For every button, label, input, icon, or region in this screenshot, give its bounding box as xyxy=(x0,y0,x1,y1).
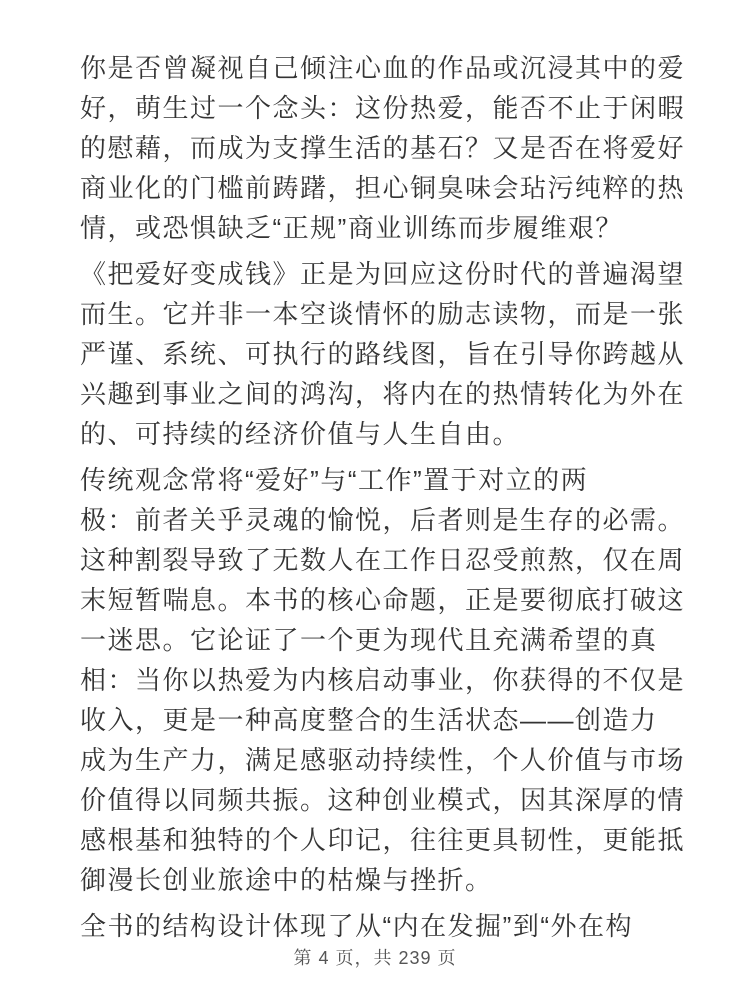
text-line: 兴趣到事业之间的鸿沟，将内在的热情转化为外在 xyxy=(80,374,692,414)
text-line: 的慰藉，而成为支撑生活的基石？又是否在将爱好 xyxy=(80,128,692,168)
text-line: 而生。它并非一本空谈情怀的励志读物，而是一张 xyxy=(80,294,692,334)
text-line: 收入，更是一种高度整合的生活状态——创造力 xyxy=(80,700,692,740)
text-line: 传统观念常将“爱好”与“工作”置于对立的两 xyxy=(80,460,692,500)
text-line: 末短暂喘息。本书的核心命题，正是要彻底打破这 xyxy=(80,580,692,620)
reader-page: 你是否曾凝视自己倾注心血的作品或沉浸其中的爱好，萌生过一个念头：这份热爱，能否不… xyxy=(0,0,750,1000)
text-line: 一迷思。它论证了一个更为现代且充满希望的真 xyxy=(80,620,692,660)
paragraph: 传统观念常将“爱好”与“工作”置于对立的两极：前者关乎灵魂的愉悦，后者则是生存的… xyxy=(80,460,692,900)
text-line: 成为生产力，满足感驱动持续性，个人价值与市场 xyxy=(80,740,692,780)
text-line: 感根基和独特的个人印记，往往更具韧性，更能抵 xyxy=(80,820,692,860)
text-line: 好，萌生过一个念头：这份热爱，能否不止于闲暇 xyxy=(80,88,692,128)
paragraph: 《把爱好变成钱》正是为回应这份时代的普遍渴望而生。它并非一本空谈情怀的励志读物，… xyxy=(80,254,692,454)
text-line: 商业化的门槛前踌躇，担心铜臭味会玷污纯粹的热 xyxy=(80,168,692,208)
text-line: 严谨、系统、可执行的路线图，旨在引导你跨越从 xyxy=(80,334,692,374)
text-line: 的、可持续的经济价值与人生自由。 xyxy=(80,414,692,454)
text-line: 相：当你以热爱为内核启动事业，你获得的不仅是 xyxy=(80,660,692,700)
text-line: 价值得以同频共振。这种创业模式，因其深厚的情 xyxy=(80,780,692,820)
paragraph: 全书的结构设计体现了从“内在发掘”到“外在构 xyxy=(80,906,692,946)
text-line: 这种割裂导致了无数人在工作日忍受煎熬，仅在周 xyxy=(80,540,692,580)
text-line: 你是否曾凝视自己倾注心血的作品或沉浸其中的爱 xyxy=(80,48,692,88)
text-line: 全书的结构设计体现了从“内在发掘”到“外在构 xyxy=(80,906,692,946)
paragraph: 你是否曾凝视自己倾注心血的作品或沉浸其中的爱好，萌生过一个念头：这份热爱，能否不… xyxy=(80,48,692,248)
page-indicator: 第 4 页，共 239 页 xyxy=(0,944,750,970)
text-line: 极：前者关乎灵魂的愉悦，后者则是生存的必需。 xyxy=(80,500,692,540)
text-line: 情，或恐惧缺乏“正规”商业训练而步履维艰？ xyxy=(80,208,692,248)
text-line: 御漫长创业旅途中的枯燥与挫折。 xyxy=(80,860,692,900)
text-body: 你是否曾凝视自己倾注心血的作品或沉浸其中的爱好，萌生过一个念头：这份热爱，能否不… xyxy=(80,48,692,946)
text-line: 《把爱好变成钱》正是为回应这份时代的普遍渴望 xyxy=(80,254,692,294)
